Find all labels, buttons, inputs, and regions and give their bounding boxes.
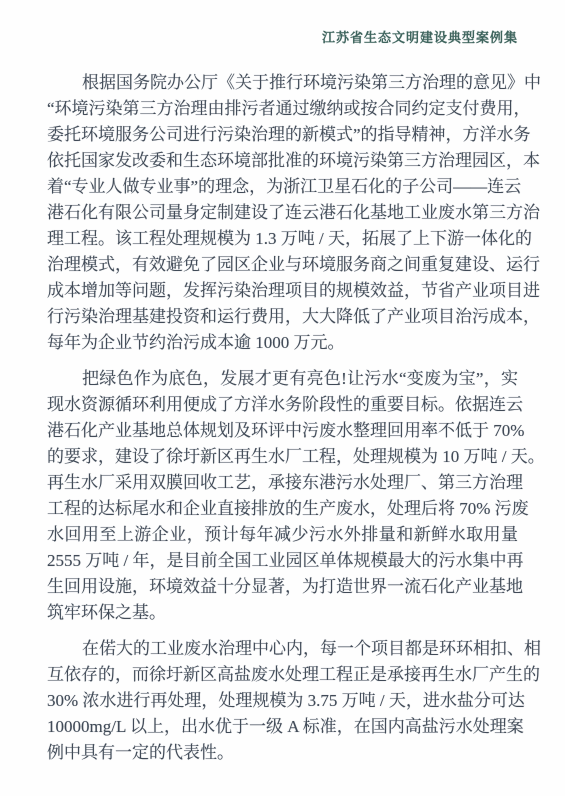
text-line: 理工程。该工程处理规模为 1.3 万吨 / 天，拓展了上下游一体化的 — [47, 226, 518, 252]
paragraph: 在偌大的工业废水治理中心内，每一个项目都是环环相扣、相 互依存的，而徐圩新区高盐… — [47, 636, 518, 766]
text-line: 工程的达标尾水和企业直接排放的生产废水，处理后将 70% 污废 — [47, 496, 518, 522]
text-line: 治理模式，有效避免了园区企业与环境服务商之间重复建设、运行 — [47, 252, 518, 278]
document-body: 根据国务院办公厅《关于推行环境污染第三方治理的意见》中 “环境污染第三方治理由排… — [47, 70, 518, 766]
paragraph: 把绿色作为底色，发展才更有亮色!让污水“变废为宝”，实 现水资源循环利用便成了方… — [47, 366, 518, 626]
text-line: “环境污染第三方治理由排污者通过缴纳或按合同约定支付费用， — [47, 96, 518, 122]
text-line: 10000mg/L 以上，出水优于一级 A 标准，在国内高盐污水处理案 — [47, 714, 518, 740]
text-line: 每年为企业节约治污成本逾 1000 万元。 — [47, 330, 518, 356]
text-line: 成本增加等问题，发挥污染治理项目的规模效益，节省产业项目进 — [47, 278, 518, 304]
text-line: 筑牢环保之基。 — [47, 600, 518, 626]
text-line: 2555 万吨 / 年，是目前全国工业园区单体规模最大的污水集中再 — [47, 548, 518, 574]
text-line: 现水资源循环利用便成了方洋水务阶段性的重要目标。依据连云 — [47, 392, 518, 418]
text-line: 30% 浓水进行再处理，处理规模为 3.75 万吨 / 天，进水盐分可达 — [47, 688, 518, 714]
text-line: 例中具有一定的代表性。 — [47, 740, 518, 766]
text-line: 港石化有限公司量身定制建设了连云港石化基地工业废水第三方治 — [47, 200, 518, 226]
text-line: 生回用设施，环境效益十分显著，为打造世界一流石化产业基地 — [47, 574, 518, 600]
running-header-title: 江苏省生态文明建设典型案例集 — [322, 27, 518, 46]
text-line: 着“专业人做专业事”的理念，为浙江卫星石化的子公司——连云 — [47, 174, 518, 200]
text-line: 互依存的，而徐圩新区高盐废水处理工程正是承接再生水厂产生的 — [47, 662, 518, 688]
document-page: 江苏省生态文明建设典型案例集 根据国务院办公厅《关于推行环境污染第三方治理的意见… — [0, 0, 565, 796]
paragraph: 根据国务院办公厅《关于推行环境污染第三方治理的意见》中 “环境污染第三方治理由排… — [47, 70, 518, 356]
text-line: 依托国家发改委和生态环境部批准的环境污染第三方治理园区，本 — [47, 148, 518, 174]
text-line: 行污染治理基建投资和运行费用，大大降低了产业项目治污成本， — [47, 304, 518, 330]
text-line: 的要求，建设了徐圩新区再生水厂工程，处理规模为 10 万吨 / 天。 — [47, 444, 518, 470]
text-line: 再生水厂采用双膜回收工艺，承接东港污水处理厂、第三方治理 — [47, 470, 518, 496]
text-line: 委托环境服务公司进行污染治理的新模式”的指导精神，方洋水务 — [47, 122, 518, 148]
text-line: 在偌大的工业废水治理中心内，每一个项目都是环环相扣、相 — [47, 636, 518, 662]
text-line: 把绿色作为底色，发展才更有亮色!让污水“变废为宝”，实 — [47, 366, 518, 392]
text-line: 根据国务院办公厅《关于推行环境污染第三方治理的意见》中 — [47, 70, 518, 96]
text-line: 水回用至上游企业，预计每年减少污水外排量和新鲜水取用量 — [47, 522, 518, 548]
text-line: 港石化产业基地总体规划及环评中污废水整理回用率不低于 70% — [47, 418, 518, 444]
